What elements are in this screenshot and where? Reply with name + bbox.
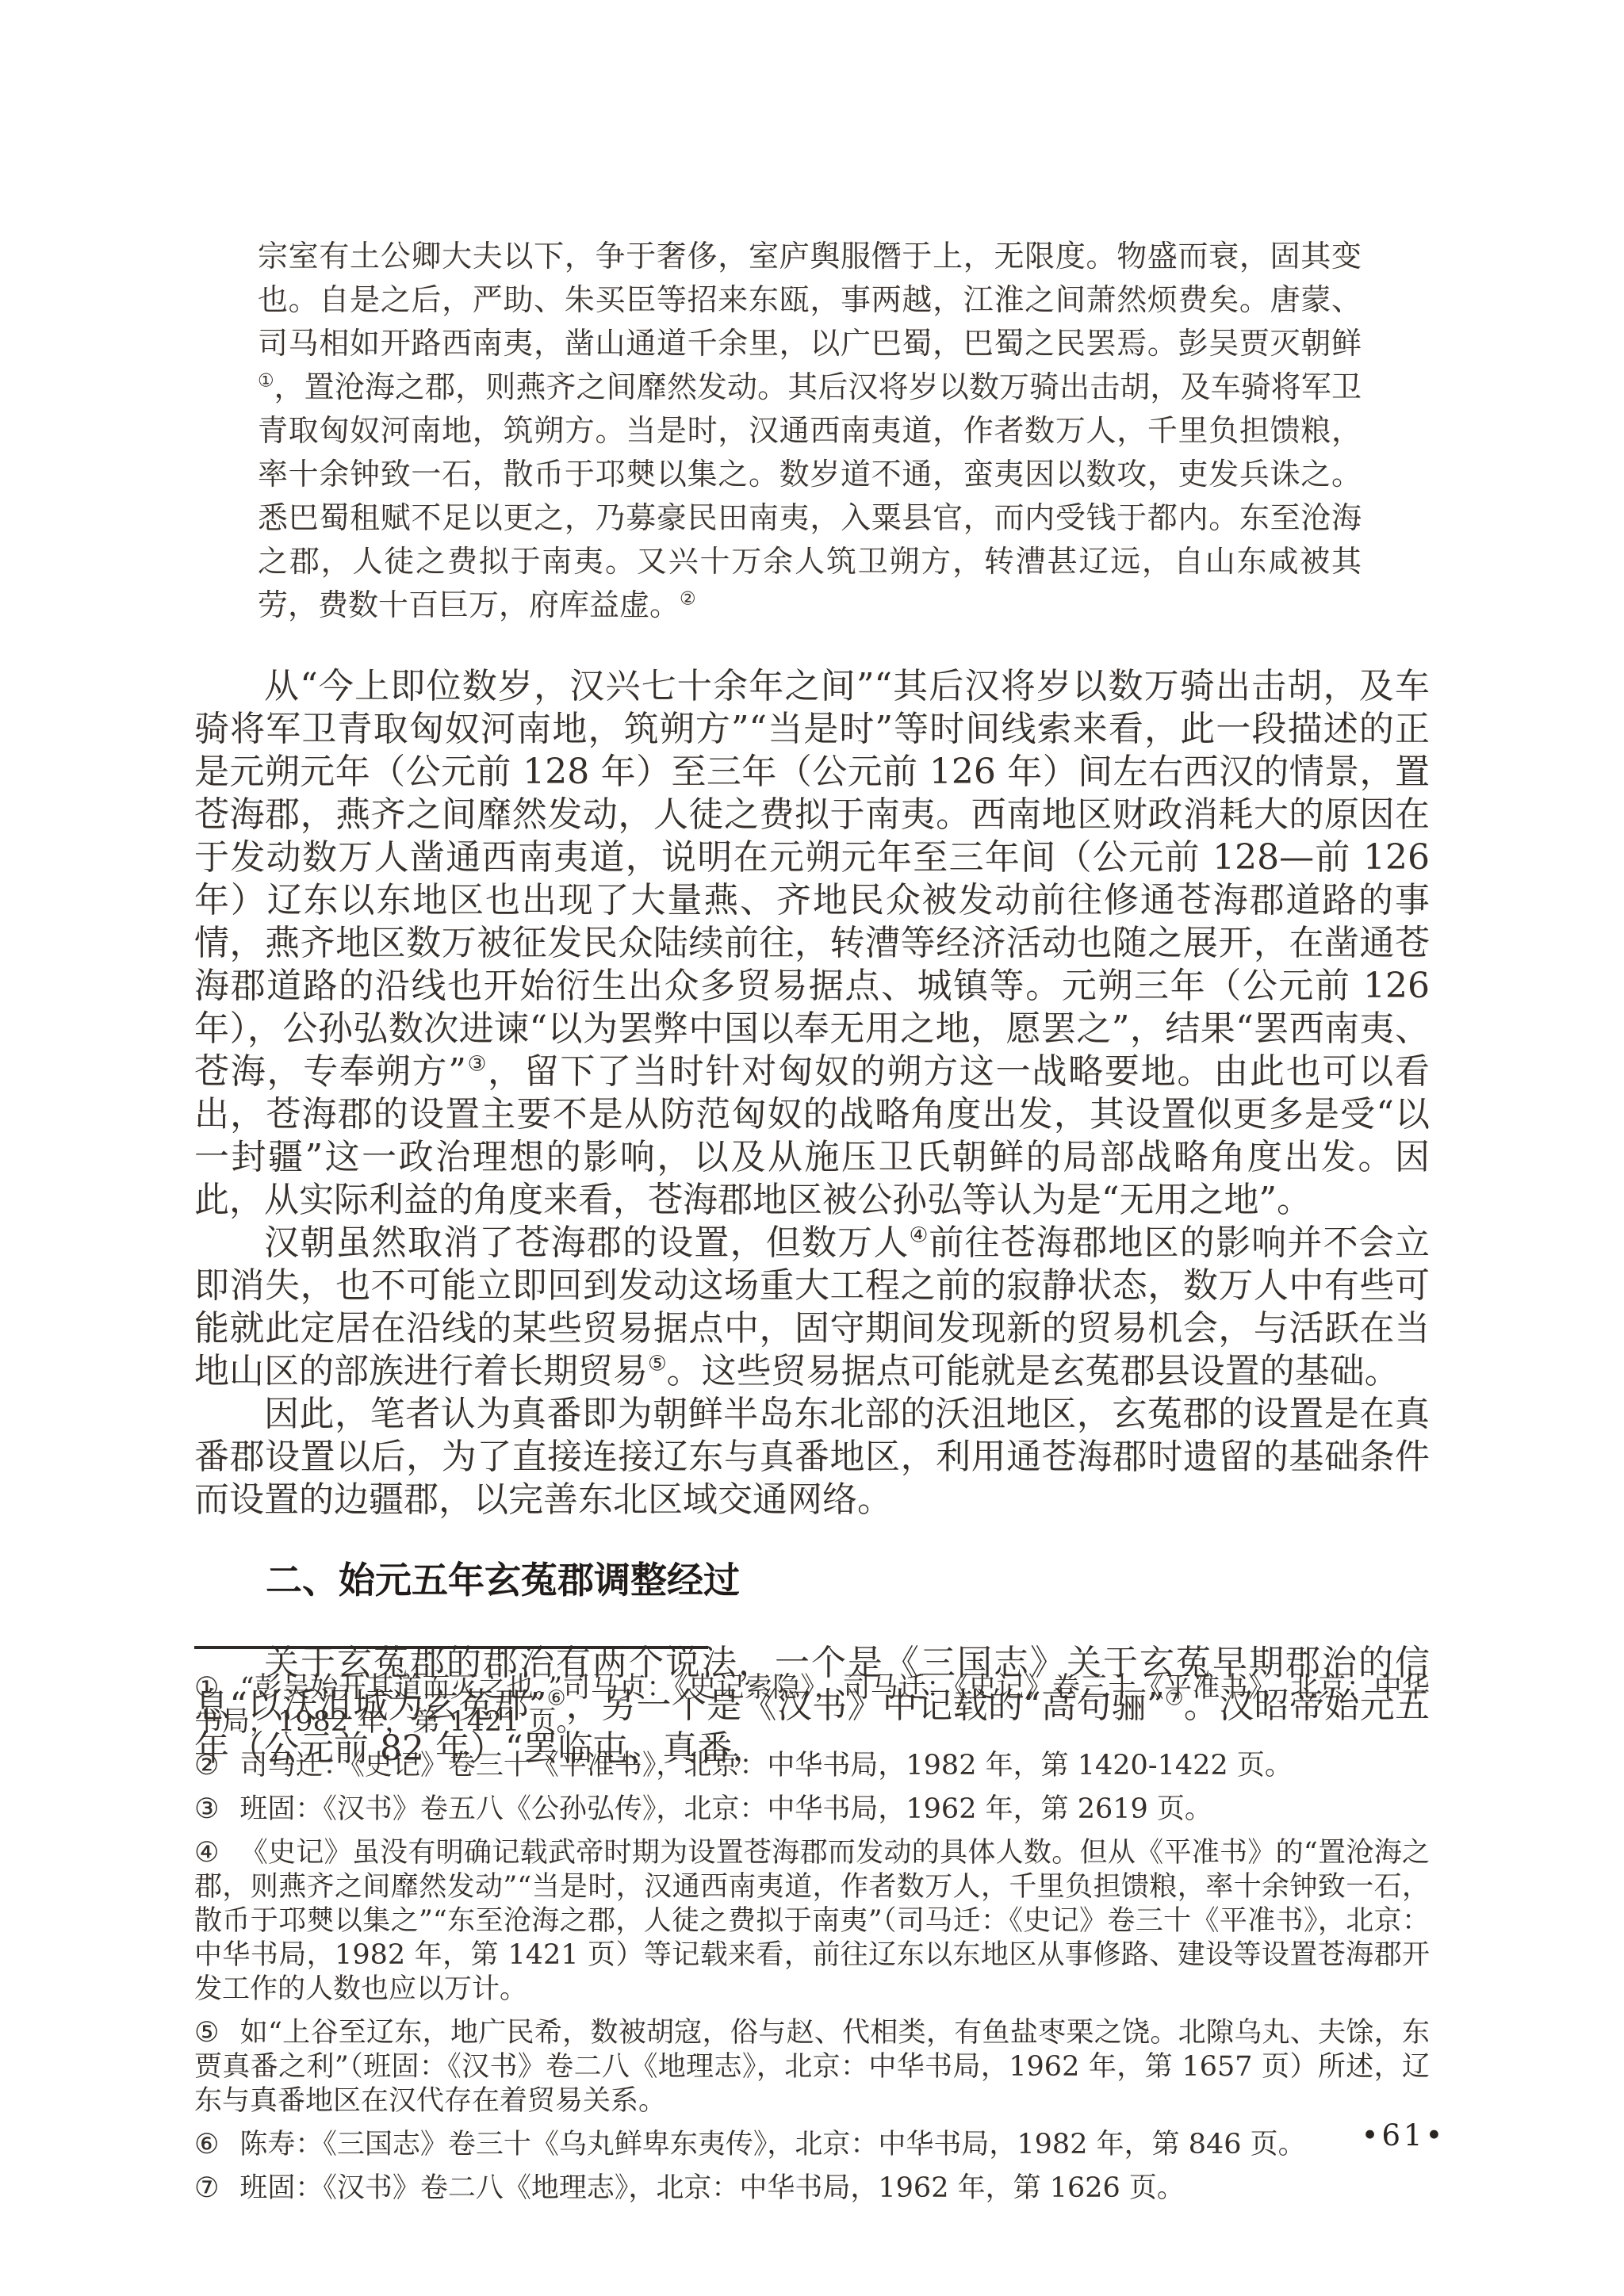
footnote-item: ⑦班固：《汉书》卷二八《地理志》，北京：中华书局，1962 年，第 1626 页…: [194, 2172, 1430, 2206]
footnote-item: ①“彭吴始开其道而灭之也。”司马贞：《史记索隐》，司马迁：《史记》卷三十《平准书…: [194, 1671, 1430, 1739]
main-text-column: 宗室有土公卿大夫以下，争于奢侈，室庐舆服僭于上，无限度。物盛而衰，固其变也。自是…: [194, 235, 1430, 1770]
footnote-text: 陈寿：《三国志》卷三十《乌丸鲜卑东夷传》，北京：中华书局，1982 年，第 84…: [239, 2129, 1305, 2160]
footnote-item: ④《史记》虽没有明确记载武帝时期为设置苍海郡而发动的具体人数。但从《平准书》的“…: [194, 1836, 1430, 2007]
footnote-item: ③班固：《汉书》卷五八《公孙弘传》，北京：中华书局，1962 年，第 2619 …: [194, 1793, 1430, 1827]
footnote-marker: ②: [194, 1750, 219, 1781]
footnote-marker: ④: [194, 1837, 220, 1869]
footnote-item: ⑥陈寿：《三国志》卷三十《乌丸鲜卑东夷传》，北京：中华书局，1982 年，第 8…: [194, 2128, 1430, 2162]
footnote-marker: ③: [194, 1793, 219, 1825]
paragraph-1: 从“今上即位数岁，汉兴七十余年之间”“其后汉将岁以数万骑出击胡，及车骑将军卫青取…: [194, 665, 1430, 1222]
footnote-text: “彭吴始开其道而灭之也。”司马贞：《史记索隐》，司马迁：《史记》卷三十《平准书》…: [194, 1672, 1430, 1738]
footnote-marker: ①: [194, 1672, 220, 1704]
footnote-marker: ⑥: [194, 2129, 219, 2160]
footnote-text: 司马迁：《史记》卷三十《平准书》，北京：中华书局，1982 年，第 1420-1…: [239, 1750, 1292, 1781]
document-page: 宗室有土公卿大夫以下，争于奢侈，室庐舆服僭于上，无限度。物盛而衰，固其变也。自是…: [0, 0, 1624, 2296]
footnote-marker: ⑦: [194, 2172, 219, 2204]
footnote-item: ②司马迁：《史记》卷三十《平准书》，北京：中华书局，1982 年，第 1420-…: [194, 1749, 1430, 1783]
paragraph-3: 因此，笔者认为真番即为朝鲜半岛东北部的沃沮地区，玄菟郡的设置是在真番郡设置以后，…: [194, 1393, 1430, 1521]
footnote-text: 班固：《汉书》卷五八《公孙弘传》，北京：中华书局，1962 年，第 2619 页…: [239, 1793, 1212, 1825]
footnote-text: 如“上谷至辽东，地广民希，数被胡寇，俗与赵、代相类，有鱼盐枣栗之饶。北隙乌丸、夫…: [194, 2017, 1430, 2117]
footnotes-section: ①“彭吴始开其道而灭之也。”司马贞：《史记索隐》，司马迁：《史记》卷三十《平准书…: [194, 1646, 1430, 2215]
block-quote: 宗室有土公卿大夫以下，争于奢侈，室庐舆服僭于上，无限度。物盛而衰，固其变也。自是…: [258, 235, 1362, 627]
footnote-item: ⑤如“上谷至辽东，地广民希，数被胡寇，俗与赵、代相类，有鱼盐枣栗之饶。北隙乌丸、…: [194, 2016, 1430, 2118]
footnote-text: 班固：《汉书》卷二八《地理志》，北京：中华书局，1962 年，第 1626 页。: [239, 2172, 1185, 2204]
footnote-text: 《史记》虽没有明确记载武帝时期为设置苍海郡而发动的具体人数。但从《平准书》的“置…: [194, 1837, 1430, 2005]
footnote-separator-rule: [194, 1646, 708, 1649]
footnote-marker: ⑤: [194, 2017, 220, 2049]
section-heading: 二、始元五年玄菟郡调整经过: [194, 1559, 1430, 1601]
page-number: •61•: [1340, 2118, 1467, 2152]
paragraph-2: 汉朝虽然取消了苍海郡的设置，但数万人④前往苍海郡地区的影响并不会立即消失，也不可…: [194, 1222, 1430, 1393]
